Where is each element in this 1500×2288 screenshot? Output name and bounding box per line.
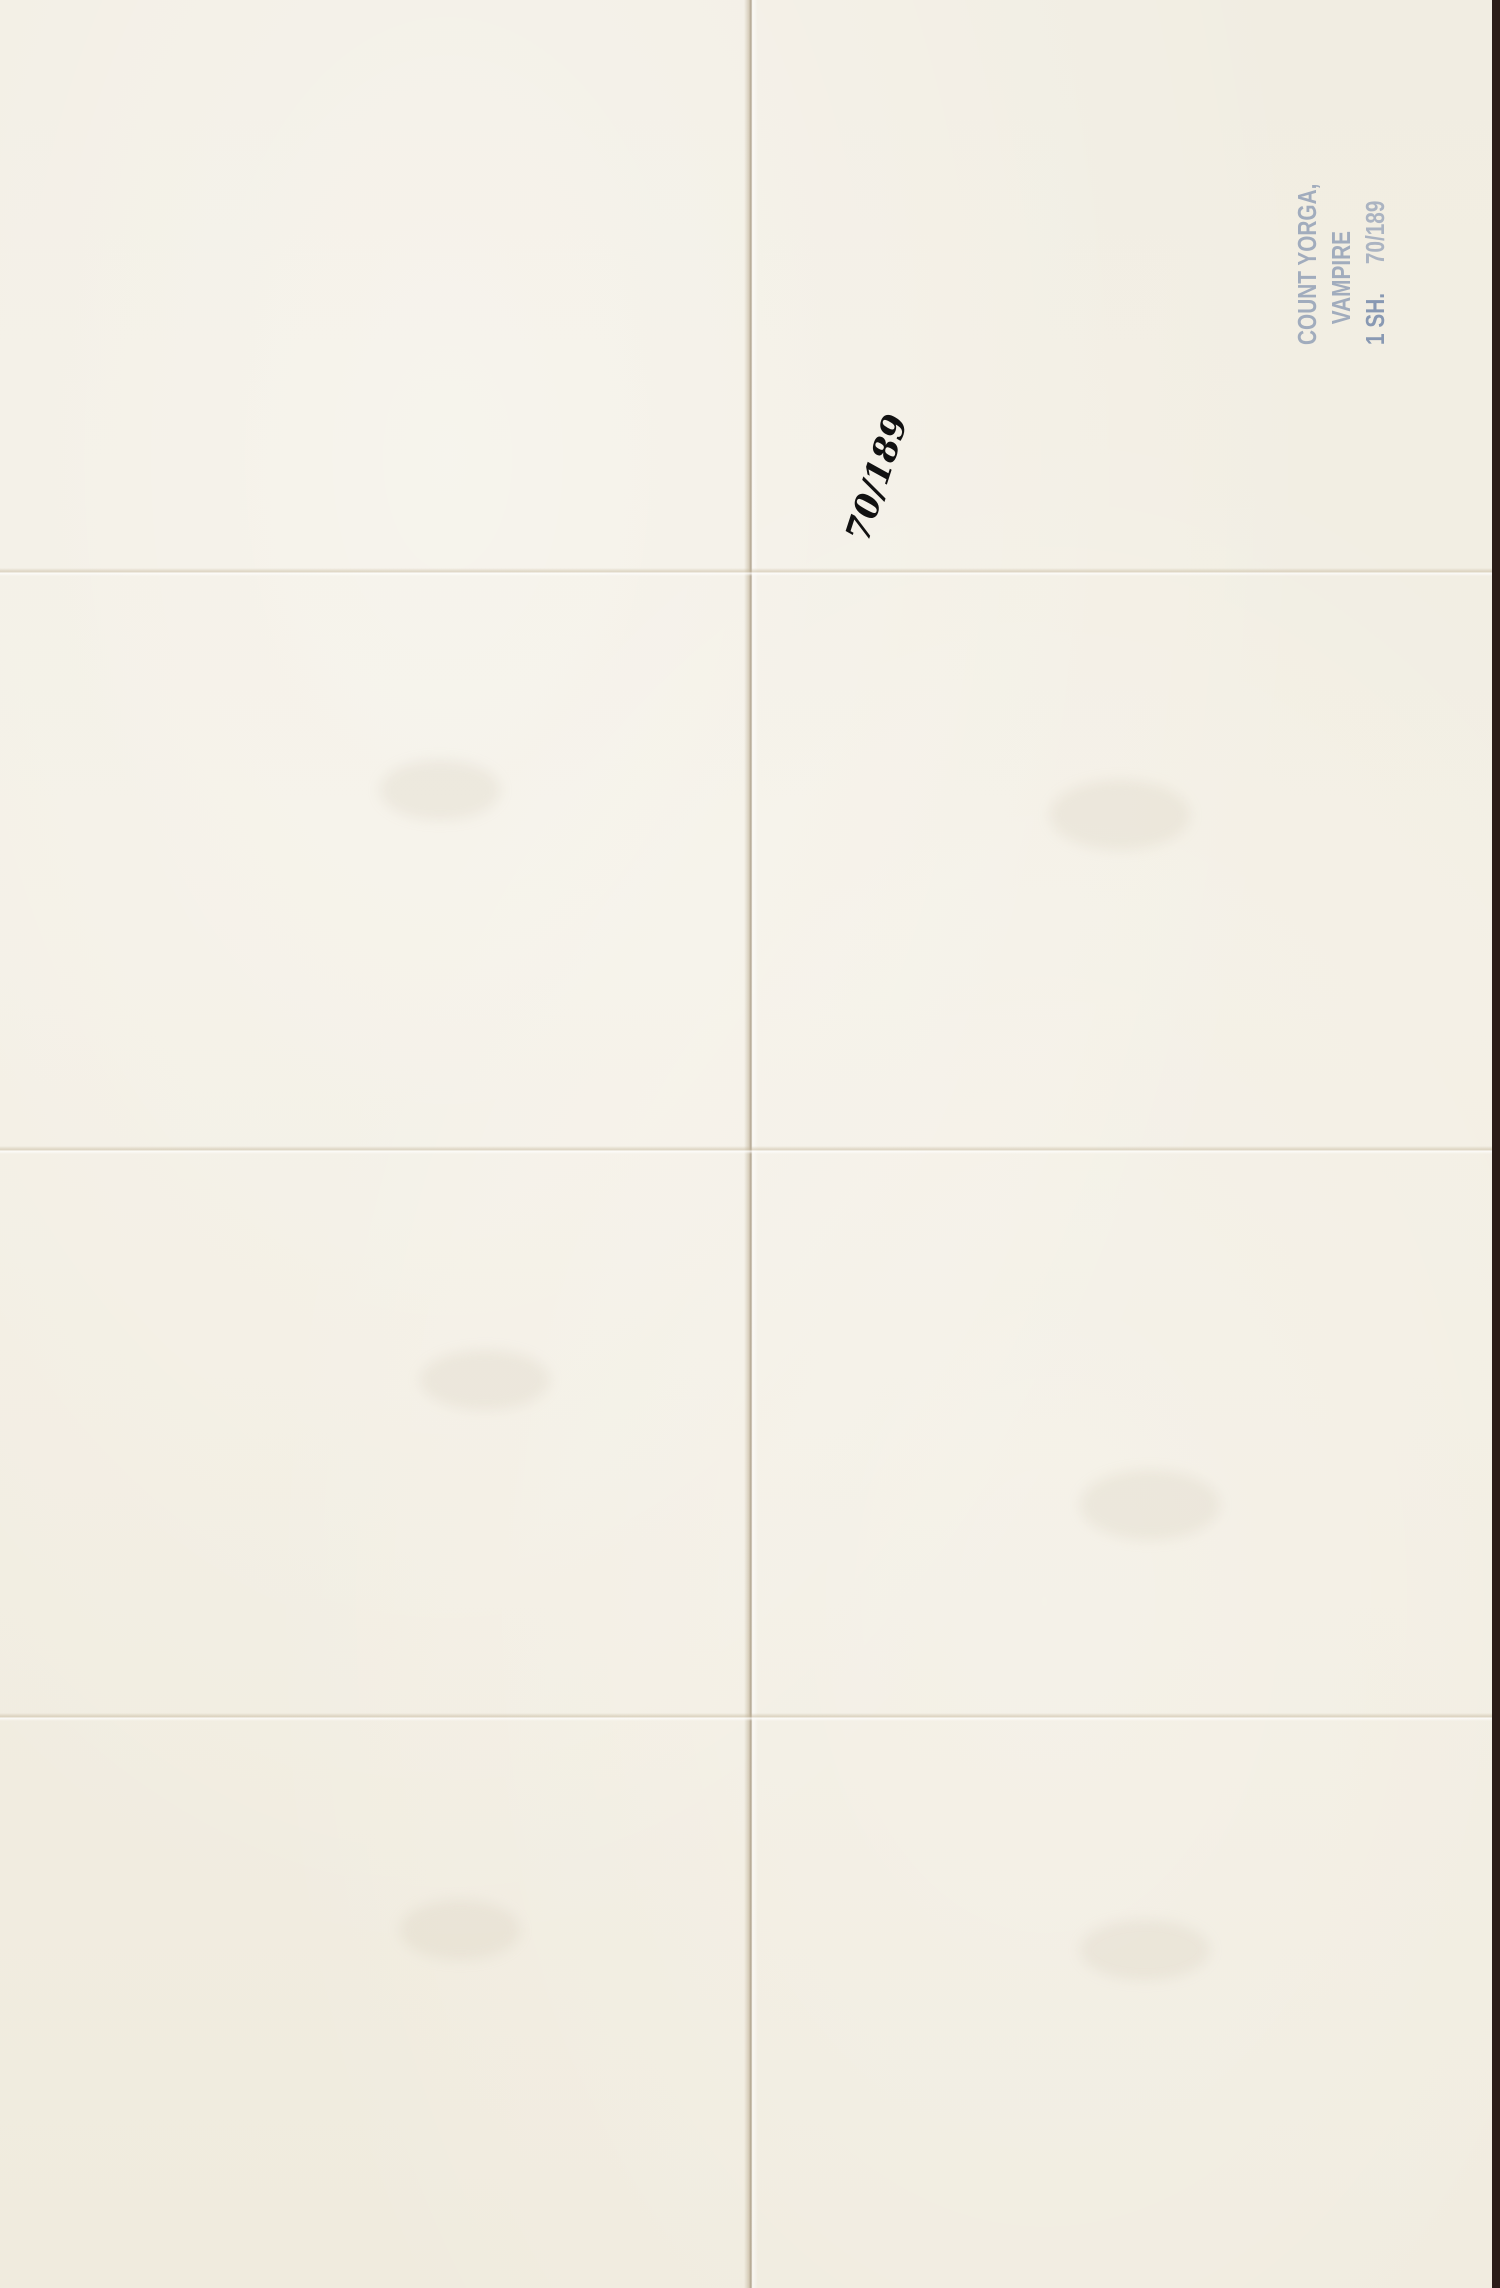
stamp-number: 70/189 — [1360, 201, 1390, 265]
stamp-sheet-size: 1 SH. — [1360, 293, 1390, 345]
paper-wrinkle — [400, 1900, 520, 1960]
stamp-subtitle-line: VAMPIRE — [1324, 184, 1358, 345]
stamp-info-line: 1 SH.70/189 — [1358, 184, 1392, 345]
paper-wrinkle — [1080, 1920, 1210, 1980]
paper-wrinkle — [1050, 780, 1190, 850]
background-edge — [1492, 0, 1500, 2288]
paper-wrinkle — [1080, 1470, 1220, 1540]
horizontal-fold-line-2 — [0, 1146, 1492, 1154]
paper-wrinkle — [380, 760, 500, 820]
vertical-fold-line — [744, 0, 758, 2288]
horizontal-fold-line-3 — [0, 1713, 1492, 1721]
handwritten-number: 70/189 — [838, 410, 916, 547]
rubber-stamp: COUNT YORGA, VAMPIRE 1 SH.70/189 — [1290, 143, 1392, 345]
poster-back: COUNT YORGA, VAMPIRE 1 SH.70/189 70/189 — [0, 0, 1492, 2288]
horizontal-fold-line-1 — [0, 568, 1492, 576]
stamp-title-line: COUNT YORGA, — [1290, 184, 1324, 345]
paper-wrinkle — [420, 1350, 550, 1410]
